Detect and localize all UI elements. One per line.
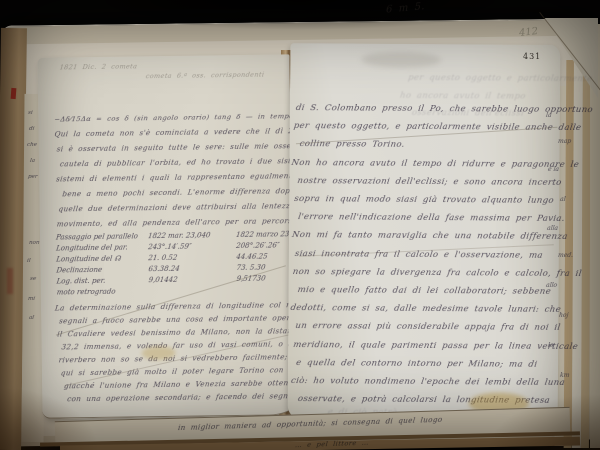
pencil-page-number: 412 <box>518 26 538 39</box>
paper-smudge <box>361 52 441 69</box>
manuscript-line: Non ho ancora avuto il tempo di ridurre … <box>291 158 580 170</box>
table-cell: 9,01442 <box>148 276 178 284</box>
edge-text-fragment: e la <box>548 166 560 173</box>
ghost-line: per questo oggetto e particolarmente <box>407 73 593 84</box>
manuscript-line: con una operazione secondaria; e facendo… <box>67 391 299 403</box>
manuscript-line: non so spiegare la divergenza fra calcol… <box>292 267 582 279</box>
edge-text-fragment: map <box>558 138 572 145</box>
table-row-label: Longitudine del ☊ <box>56 255 121 264</box>
edge-text-fragment: al <box>29 315 35 321</box>
manuscript-line: giacché l'unione fra Milano e Venezia sa… <box>64 378 302 390</box>
manuscript-line: cautela di pubblicar l'orbita, ed ho tro… <box>59 156 306 168</box>
edge-text-fragment: al <box>560 196 566 203</box>
manuscript-line: ciò: ho voluto nondimeno l'epoche dei le… <box>290 376 565 388</box>
edge-text-fragment: si <box>28 110 33 116</box>
manuscript-line: mio e quello fatto dai di lei collaborat… <box>297 285 552 297</box>
manuscript-line: si è osservata in seguito tutte le sere:… <box>56 141 324 154</box>
edge-text-fragment: per <box>28 174 38 180</box>
manuscript-line: quelle due determinazioni deve attribuir… <box>58 201 313 214</box>
edge-text-fragment: non <box>29 240 40 246</box>
table-cell: 44.46.25 <box>236 253 268 261</box>
manuscript-line: bene a meno pochi secondi. L'enorme diff… <box>62 186 296 198</box>
table-cell: 243°.14′.59″ <box>148 243 192 252</box>
left-page-faint-header: 1821 Dic. 2 cometa <box>59 62 138 71</box>
manuscript-line: l'errore nell'indicazione della fase mas… <box>297 212 565 224</box>
edge-text-fragment: hoj <box>559 312 569 319</box>
left-page: 1821 Dic. 2 cometa cometa 6.ª oss. corri… <box>37 54 294 418</box>
edge-text-fragment: che <box>27 142 38 148</box>
red-marginal-smear <box>7 268 13 294</box>
manuscript-line: 32,2 immensa, e volendo far uso di vasi … <box>61 339 325 352</box>
manuscript-line: qui si sarebbe già molto il poter legare… <box>60 365 316 378</box>
table-row-label: Longitudine del par. <box>56 244 129 253</box>
ink-page-number: 431 <box>523 52 541 61</box>
table-cell: 208°.26′.26″ <box>236 241 280 250</box>
edge-text-fragment: se <box>30 276 37 282</box>
edge-text-fragment: allo <box>546 282 558 289</box>
manuscript-line: meridiano, il quale parimenti passa per … <box>292 340 578 352</box>
table-row-label: moto retrogrado <box>56 288 116 297</box>
edge-text-fragment: la <box>30 158 36 164</box>
top-center-ink-mark: 6 m 5. <box>386 1 425 15</box>
edge-text-fragment: mi <box>28 296 36 302</box>
table-cell: 73. 5.30 <box>236 264 266 272</box>
edge-text-fragment: alla <box>547 225 559 232</box>
table-row-label: Declinazione <box>56 266 103 275</box>
manuscript-line: un errore assai più considerabile appaja… <box>295 321 562 333</box>
manuscript-line: dedotti, come si sa, dalle medesime tavo… <box>290 303 562 315</box>
edge-text-fragment: lo <box>548 342 555 349</box>
red-marginal-tick <box>11 88 17 99</box>
table-row: moto retrogrado <box>41 285 293 300</box>
manuscript-line: Non mi fa tanto maraviglia che una notab… <box>291 230 568 242</box>
right-page: per questo oggetto e particolarmente ho … <box>288 43 561 426</box>
manuscript-line: e quella del contorno intorno per Milano… <box>295 358 538 370</box>
manuscript-photo: 1821 Dic. 2 cometa cometa 6.ª oss. corri… <box>0 0 600 450</box>
edge-text-fragment: di <box>29 126 35 132</box>
manuscript-line: sopra in qual modo siasi già trovato alq… <box>294 194 555 206</box>
left-page-faint-header-2: cometa 6.ª oss. corrispondenti <box>145 71 265 81</box>
edge-text-fragment: med. <box>558 252 574 259</box>
table-cell: 1822 mar. 23,040 <box>147 231 210 240</box>
manuscript-line: sistemi di elementi i quali la rappresen… <box>56 171 298 183</box>
edge-text-fragment: km <box>560 372 570 379</box>
ghost-line: ho ancora avuto il tempo <box>399 91 526 102</box>
manuscript-line: nostre osservazioni dell'eclissi; e sono… <box>297 176 563 188</box>
formula-line: −Δδ⁄15Δα = cos δ (sin angolo orario) tan… <box>54 112 294 123</box>
table-cell: 63.38.24 <box>148 265 180 273</box>
table-row-label: Log. dist. per. <box>56 277 106 286</box>
edge-text-fragment: la <box>546 112 552 119</box>
edge-text-fragment: il <box>27 258 31 264</box>
manuscript-line: movimento, ed alla pendenza dell'arco pe… <box>56 216 297 228</box>
manuscript-line: segnali a fuoco sarebbe una cosa ed impo… <box>59 313 320 326</box>
manuscript-line: colline presso Torino. <box>299 139 406 150</box>
table-cell: 21. 0.52 <box>148 254 178 262</box>
table-row-label: Passaggio pel parallelo <box>55 232 138 241</box>
